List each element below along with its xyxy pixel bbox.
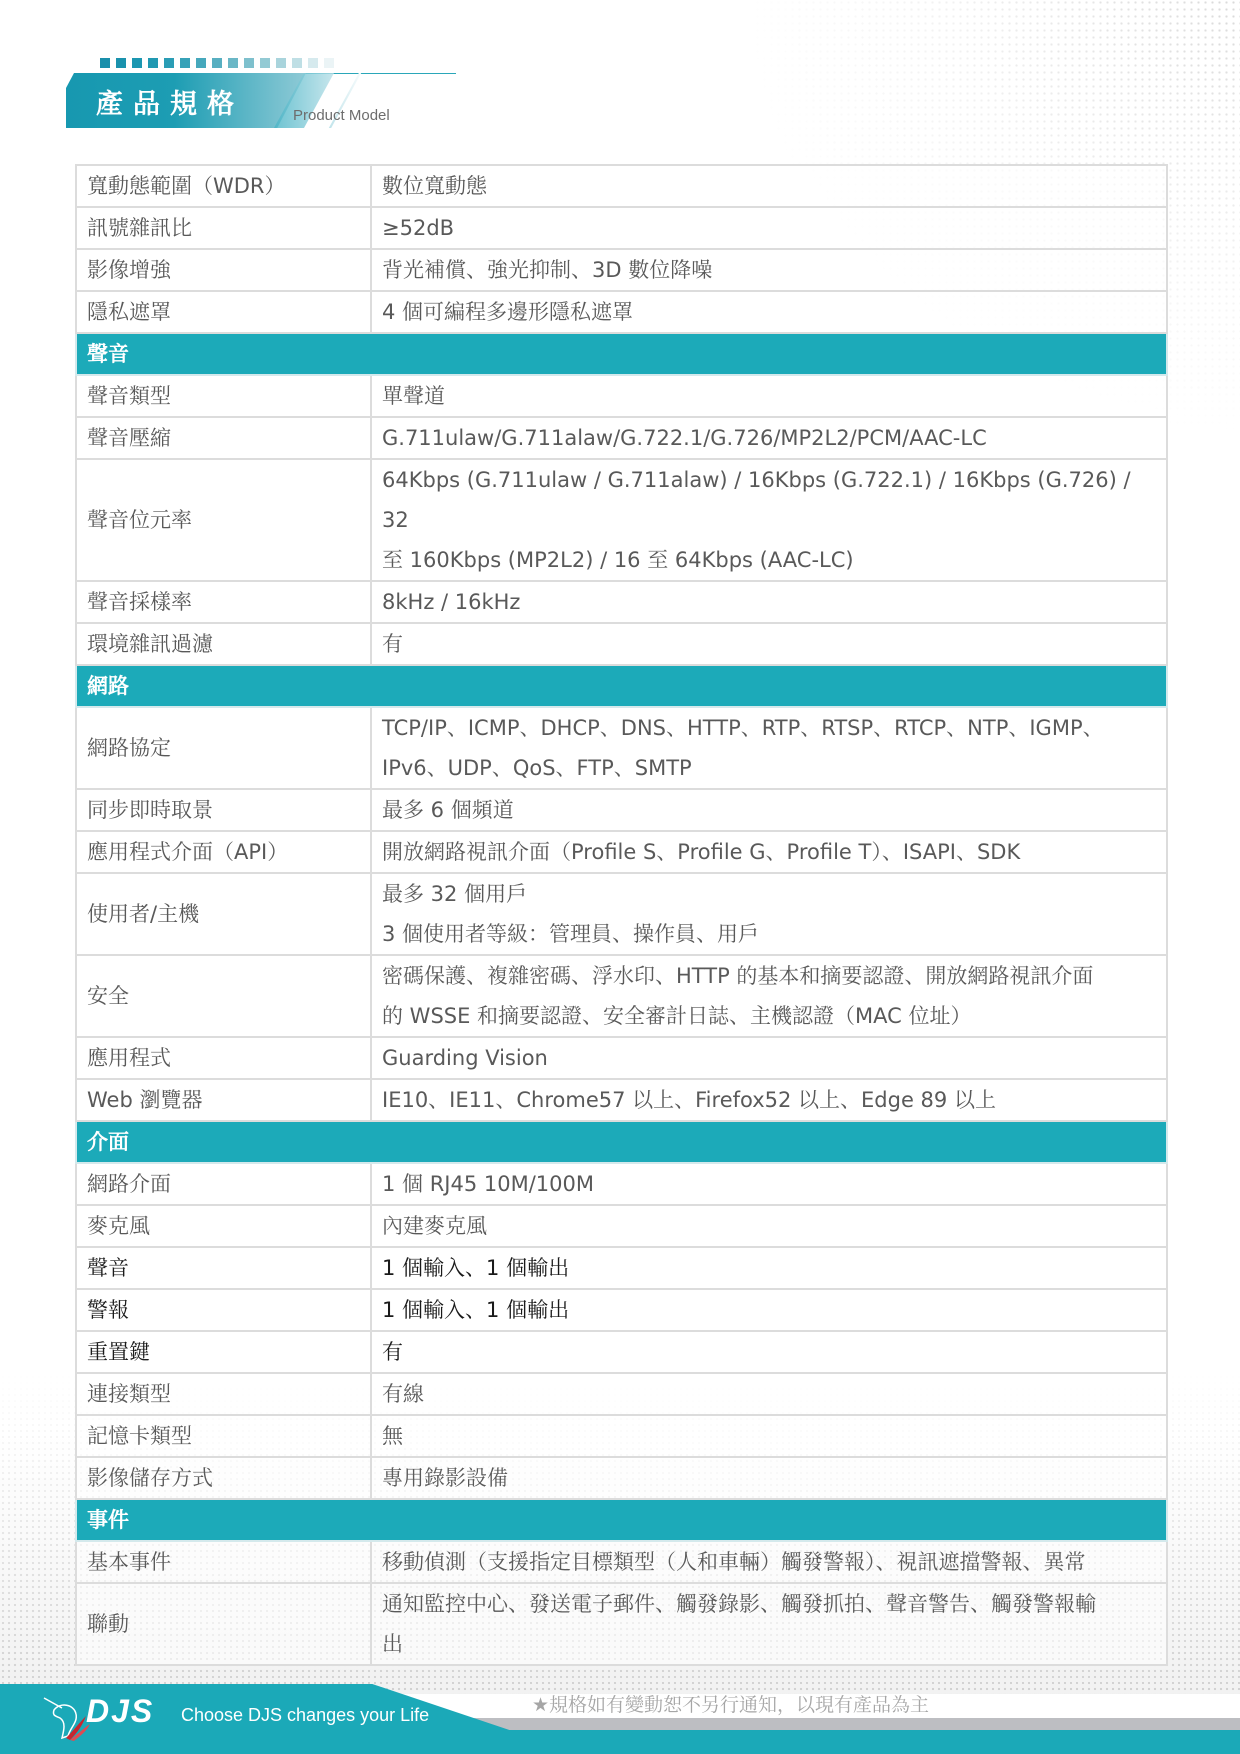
spec-value-line: 專用錄影設備 [382, 1458, 1156, 1498]
decorative-square [116, 58, 126, 68]
spec-value: 單聲道 [371, 375, 1167, 417]
spec-row: 影像增強背光補償、強光抑制、3D 數位降噪 [76, 249, 1167, 291]
spec-value: 無 [371, 1415, 1167, 1457]
spec-label: 聯動 [76, 1583, 371, 1665]
spec-value-line: 有 [382, 624, 1156, 664]
spec-value-line: 最多 6 個頻道 [382, 790, 1156, 830]
spec-row: 使用者/主機最多 32 個用戶3 個使用者等級：管理員、操作員、用戶 [76, 873, 1167, 955]
decorative-square [292, 58, 302, 68]
spec-row: 聲音壓縮G.711ulaw/G.711alaw/G.722.1/G.726/MP… [76, 417, 1167, 459]
spec-label: 重置鍵 [76, 1331, 371, 1373]
spec-row: 訊號雜訊比≥52dB [76, 207, 1167, 249]
spec-label: 訊號雜訊比 [76, 207, 371, 249]
spec-value: 8kHz / 16kHz [371, 581, 1167, 623]
spec-value: TCP/IP、ICMP、DHCP、DNS、HTTP、RTP、RTSP、RTCP、… [371, 707, 1167, 789]
spec-row: Web 瀏覽器IE10、IE11、Chrome57 以上、Firefox52 以… [76, 1079, 1167, 1121]
spec-row: 聲音位元率64Kbps (G.711ulaw / G.711alaw) / 16… [76, 459, 1167, 581]
spec-value-line: IPv6、UDP、QoS、FTP、SMTP [382, 748, 1156, 788]
spec-label: Web 瀏覽器 [76, 1079, 371, 1121]
spec-value-line: 1 個輸入、1 個輸出 [382, 1248, 1156, 1288]
spec-value: ≥52dB [371, 207, 1167, 249]
spec-value: 有 [371, 1331, 1167, 1373]
spec-label: 同步即時取景 [76, 789, 371, 831]
spec-value-line: 出 [382, 1624, 1156, 1664]
spec-value-line: 1 個 RJ45 10M/100M [382, 1164, 1156, 1204]
spec-value: 最多 6 個頻道 [371, 789, 1167, 831]
spec-label: 聲音 [76, 1247, 371, 1289]
decorative-square [132, 58, 142, 68]
brand-name: DJS [86, 1693, 154, 1730]
spec-label: 聲音壓縮 [76, 417, 371, 459]
spec-value: IE10、IE11、Chrome57 以上、Firefox52 以上、Edge … [371, 1079, 1167, 1121]
spec-value: 密碼保護、複雜密碼、浮水印、HTTP 的基本和摘要認證、開放網路視訊介面的 WS… [371, 955, 1167, 1037]
spec-label: 網路協定 [76, 707, 371, 789]
page-title: 產品規格 [96, 82, 244, 121]
spec-label: 記憶卡類型 [76, 1415, 371, 1457]
section-title: 網路 [76, 665, 1167, 707]
spec-value-line: 4 個可編程多邊形隱私遮罩 [382, 292, 1156, 332]
spec-value-line: 最多 32 個用戶 [382, 874, 1156, 914]
section-header-row: 介面 [76, 1121, 1167, 1163]
spec-value-line: 無 [382, 1416, 1156, 1456]
spec-label: 網路介面 [76, 1163, 371, 1205]
spec-label: 使用者/主機 [76, 873, 371, 955]
spec-label: 基本事件 [76, 1541, 371, 1583]
spec-value-line: 64Kbps (G.711ulaw / G.711alaw) / 16Kbps … [382, 460, 1156, 540]
decorative-square [212, 58, 222, 68]
spec-value-line: 移動偵測（支援指定目標類型（人和車輛）觸發警報）、視訊遮擋警報、異常 [382, 1542, 1156, 1582]
spec-label: 聲音類型 [76, 375, 371, 417]
spec-row: 網路介面1 個 RJ45 10M/100M [76, 1163, 1167, 1205]
spec-value-line: 密碼保護、複雜密碼、浮水印、HTTP 的基本和摘要認證、開放網路視訊介面 [382, 956, 1156, 996]
decorative-square [324, 58, 334, 68]
spec-value-line: 至 160Kbps (MP2L2) / 16 至 64Kbps (AAC-LC) [382, 540, 1156, 580]
section-header-row: 事件 [76, 1499, 1167, 1541]
spec-label: 影像儲存方式 [76, 1457, 371, 1499]
spec-label: 影像增強 [76, 249, 371, 291]
spec-value-line: 單聲道 [382, 376, 1156, 416]
decorative-square [244, 58, 254, 68]
spec-value: 1 個 RJ45 10M/100M [371, 1163, 1167, 1205]
spec-row: 聲音採樣率8kHz / 16kHz [76, 581, 1167, 623]
section-title: 事件 [76, 1499, 1167, 1541]
spec-label: 警報 [76, 1289, 371, 1331]
spec-row: 同步即時取景最多 6 個頻道 [76, 789, 1167, 831]
spec-row: 警報1 個輸入、1 個輸出 [76, 1289, 1167, 1331]
spec-row: 聲音類型單聲道 [76, 375, 1167, 417]
spec-value: 數位寬動態 [371, 165, 1167, 207]
spec-row: 寬動態範圍（WDR）數位寬動態 [76, 165, 1167, 207]
spec-value-line: IE10、IE11、Chrome57 以上、Firefox52 以上、Edge … [382, 1080, 1156, 1120]
spec-value-line: G.711ulaw/G.711alaw/G.722.1/G.726/MP2L2/… [382, 418, 1156, 458]
spec-value-line: 1 個輸入、1 個輸出 [382, 1290, 1156, 1330]
spec-row: 環境雜訊過濾有 [76, 623, 1167, 665]
spec-label: 寬動態範圍（WDR） [76, 165, 371, 207]
spec-value: 64Kbps (G.711ulaw / G.711alaw) / 16Kbps … [371, 459, 1167, 581]
spec-value-line: 開放網路視訊介面（Profile S、Profile G、Profile T）、… [382, 832, 1156, 872]
spec-row: 聯動通知監控中心、發送電子郵件、觸發錄影、觸發抓拍、聲音警告、觸發警報輸出 [76, 1583, 1167, 1665]
spec-row: 基本事件移動偵測（支援指定目標類型（人和車輛）觸發警報）、視訊遮擋警報、異常 [76, 1541, 1167, 1583]
decorative-square [180, 58, 190, 68]
spec-value-line: ≥52dB [382, 208, 1156, 248]
spec-value: 開放網路視訊介面（Profile S、Profile G、Profile T）、… [371, 831, 1167, 873]
section-title: 聲音 [76, 333, 1167, 375]
section-header-row: 網路 [76, 665, 1167, 707]
spec-label: 麥克風 [76, 1205, 371, 1247]
decorative-square [276, 58, 286, 68]
spec-value: Guarding Vision [371, 1037, 1167, 1079]
spec-label: 安全 [76, 955, 371, 1037]
spec-value-line: 有線 [382, 1374, 1156, 1414]
spec-row: 記憶卡類型無 [76, 1415, 1167, 1457]
spec-value: 移動偵測（支援指定目標類型（人和車輛）觸發警報）、視訊遮擋警報、異常 [371, 1541, 1167, 1583]
spec-row: 連接類型有線 [76, 1373, 1167, 1415]
decorative-square [228, 58, 238, 68]
spec-value-line: 內建麥克風 [382, 1206, 1156, 1246]
decorative-square [148, 58, 158, 68]
spec-row: 影像儲存方式專用錄影設備 [76, 1457, 1167, 1499]
spec-value: 背光補償、強光抑制、3D 數位降噪 [371, 249, 1167, 291]
spec-value-line: 通知監控中心、發送電子郵件、觸發錄影、觸發抓拍、聲音警告、觸發警報輸 [382, 1584, 1156, 1624]
spec-value-line: 數位寬動態 [382, 166, 1156, 206]
spec-row: 應用程式Guarding Vision [76, 1037, 1167, 1079]
spec-label: 聲音位元率 [76, 459, 371, 581]
spec-value: 通知監控中心、發送電子郵件、觸發錄影、觸發抓拍、聲音警告、觸發警報輸出 [371, 1583, 1167, 1665]
spec-value: 1 個輸入、1 個輸出 [371, 1289, 1167, 1331]
spec-value-line: 背光補償、強光抑制、3D 數位降噪 [382, 250, 1156, 290]
spec-value: 1 個輸入、1 個輸出 [371, 1247, 1167, 1289]
spec-row: 聲音1 個輸入、1 個輸出 [76, 1247, 1167, 1289]
spec-row: 重置鍵有 [76, 1331, 1167, 1373]
decorative-square [100, 58, 110, 68]
spec-table-body: 寬動態範圍（WDR）數位寬動態訊號雜訊比≥52dB影像增強背光補償、強光抑制、3… [76, 165, 1167, 1665]
spec-label: 環境雜訊過濾 [76, 623, 371, 665]
section-title: 介面 [76, 1121, 1167, 1163]
spec-label: 聲音採樣率 [76, 581, 371, 623]
spec-row: 麥克風內建麥克風 [76, 1205, 1167, 1247]
decorative-square [308, 58, 318, 68]
spec-value: 專用錄影設備 [371, 1457, 1167, 1499]
spec-value-line: 8kHz / 16kHz [382, 582, 1156, 622]
spec-value-line: 3 個使用者等級：管理員、操作員、用戶 [382, 914, 1156, 954]
spec-row: 安全密碼保護、複雜密碼、浮水印、HTTP 的基本和摘要認證、開放網路視訊介面的 … [76, 955, 1167, 1037]
spec-disclaimer: ★規格如有變動恕不另行通知，以現有產品為主 [532, 1690, 929, 1717]
spec-table: 寬動態範圍（WDR）數位寬動態訊號雜訊比≥52dB影像增強背光補償、強光抑制、3… [75, 164, 1168, 1666]
spec-value: G.711ulaw/G.711alaw/G.722.1/G.726/MP2L2/… [371, 417, 1167, 459]
page-subtitle: Product Model [293, 107, 390, 124]
spec-row: 隱私遮罩4 個可編程多邊形隱私遮罩 [76, 291, 1167, 333]
spec-label: 應用程式 [76, 1037, 371, 1079]
section-header-row: 聲音 [76, 333, 1167, 375]
brand-slogan: Choose DJS changes your Life [181, 1705, 429, 1726]
section-header-banner: 產品規格 Product Model [66, 56, 466, 136]
decorative-square [164, 58, 174, 68]
spec-value-line: 的 WSSE 和摘要認證、安全審計日誌、主機認證（MAC 位址） [382, 996, 1156, 1036]
decorative-squares [100, 58, 334, 68]
spec-row: 網路協定TCP/IP、ICMP、DHCP、DNS、HTTP、RTP、RTSP、R… [76, 707, 1167, 789]
spec-value-line: TCP/IP、ICMP、DHCP、DNS、HTTP、RTP、RTSP、RTCP、… [382, 708, 1156, 748]
spec-value: 有 [371, 623, 1167, 665]
spec-value: 內建麥克風 [371, 1205, 1167, 1247]
spec-label: 連接類型 [76, 1373, 371, 1415]
spec-value: 最多 32 個用戶3 個使用者等級：管理員、操作員、用戶 [371, 873, 1167, 955]
footer: DJS Choose DJS changes your Life ★規格如有變動… [0, 1680, 1240, 1754]
spec-value: 4 個可編程多邊形隱私遮罩 [371, 291, 1167, 333]
spec-label: 隱私遮罩 [76, 291, 371, 333]
spec-value: 有線 [371, 1373, 1167, 1415]
spec-value-line: 有 [382, 1332, 1156, 1372]
spec-row: 應用程式介面（API）開放網路視訊介面（Profile S、Profile G、… [76, 831, 1167, 873]
spec-label: 應用程式介面（API） [76, 831, 371, 873]
decorative-square [196, 58, 206, 68]
spec-value-line: Guarding Vision [382, 1038, 1156, 1078]
decorative-square [260, 58, 270, 68]
